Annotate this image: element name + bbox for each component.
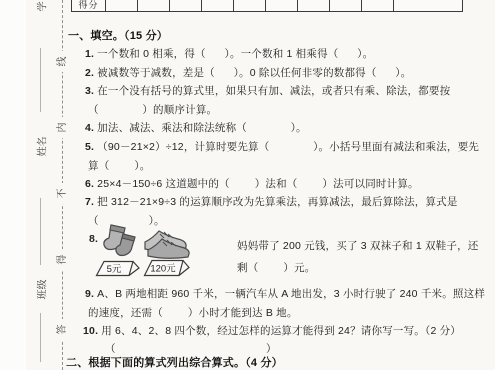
score-cell	[393, 0, 462, 11]
binding-char: 得	[56, 249, 69, 270]
answer-close-paren: ）	[266, 341, 277, 356]
class-fill-line	[40, 313, 41, 362]
paper-left-edge	[0, 0, 26, 370]
score-cell	[169, 0, 201, 11]
question-10-number: 10.	[83, 325, 98, 337]
question-2-text: 被减数等于减数，差是（ ）。0 除以任何非零的数都得（ ）。	[97, 67, 411, 79]
question-8-text-line1: 妈妈带了 200 元钱，买了 3 双袜子和 1 双鞋子，还	[237, 240, 479, 253]
sock-price-tag: 5元	[95, 260, 141, 278]
score-cell	[361, 0, 393, 11]
question-10: 10.用 6、4、2、8 四个数，经过怎样的运算才能得到 24？请你写一写。（2…	[83, 325, 461, 338]
question-5-number: 5.	[85, 141, 94, 153]
question-9-number: 9.	[85, 288, 94, 300]
binding-char: 不	[56, 183, 69, 204]
score-table: 得分	[71, 0, 463, 12]
shoes-icon	[140, 226, 194, 262]
binding-char: 内	[56, 117, 69, 138]
question-9-text-line1: A、B 两地相距 960 千米，一辆汽车从 A 地出发，3 小时行驶了 240 …	[97, 288, 485, 300]
question-5: 5.（90－21×2）÷12，计算时要先算（ ）。小括号里面有减法和乘法，要先	[85, 141, 479, 154]
question-7-text-line1: 把 312－21×9÷3 的运算顺序改为先算乘法，再算减法，最后算除法，算式是	[97, 196, 457, 208]
question-4-number: 4.	[85, 122, 94, 134]
binding-char: 线	[56, 51, 69, 72]
question-7-number: 7.	[85, 196, 94, 208]
question-7: 7.把 312－21×9÷3 的运算顺序改为先算乘法，再算减法，最后算除法，算式…	[85, 196, 458, 209]
shoe-price-text: 120元	[150, 264, 176, 275]
exam-paper-page: 线 内 不 得 答 学 姓名 班级 得分 一、填空。（15 分） 1.一个数和 …	[0, 0, 495, 370]
class-label: 班级	[34, 276, 49, 304]
question-4: 4.加法、减法、乘法和除法统称（ ）。	[85, 122, 307, 135]
question-3-number: 3.	[85, 85, 94, 97]
score-cell	[297, 0, 329, 11]
question-6: 6.25×4－150÷6 这道题中的（ ）法和（ ）法可以同时计算。	[85, 178, 419, 191]
socks-icon	[99, 222, 141, 264]
question-1: 1.一个数和 0 相乘，得（ ）。一个数和 1 相乘得（ ）。	[85, 48, 373, 61]
question-9: 9.A、B 两地相距 960 千米，一辆汽车从 A 地出发，3 小时行驶了 24…	[85, 288, 485, 301]
name-fill-line	[40, 198, 41, 265]
shoe-price-tag: 120元	[143, 259, 191, 278]
question-2-number: 2.	[85, 67, 94, 79]
score-cell	[137, 0, 169, 11]
school-label: 学	[34, 0, 49, 15]
section-2-heading: 二、根据下面的算式列出综合算式。（4 分）	[66, 357, 283, 370]
score-cell	[233, 0, 265, 11]
question-1-number: 1.	[85, 48, 94, 60]
score-cell	[265, 0, 297, 11]
sock-price-text: 5元	[107, 264, 122, 275]
name-label: 姓名	[34, 133, 49, 161]
question-8-text-line2: 剩（ ）元。	[237, 262, 315, 275]
score-label-cell: 得分	[72, 0, 105, 11]
binding-char: 答	[56, 319, 69, 340]
question-4-text: 加法、减法、乘法和除法统称（ ）。	[97, 122, 307, 134]
question-5-text-line2: 算（ ）。	[88, 160, 151, 173]
question-8-number: 8.	[89, 233, 98, 246]
question-1-text: 一个数和 0 相乘，得（ ）。一个数和 1 相乘得（ ）。	[97, 48, 373, 60]
score-cell	[201, 0, 233, 11]
question-6-text: 25×4－150÷6 这道题中的（ ）法和（ ）法可以同时计算。	[97, 178, 419, 190]
question-6-number: 6.	[85, 178, 94, 190]
question-10-text: 用 6、4、2、8 四个数，经过怎样的运算才能得到 24？请你写一写。（2 分）	[101, 325, 461, 337]
score-cell	[105, 0, 137, 11]
question-9-text-line2: 的速度，还需（ ）小时才能到达 B 地。	[88, 307, 298, 320]
school-fill-line	[40, 48, 41, 112]
score-cell	[329, 0, 361, 11]
question-2: 2.被减数等于减数，差是（ ）。0 除以任何非零的数都得（ ）。	[85, 67, 411, 80]
answer-open-paren: （	[105, 341, 116, 356]
question-3-text-line1: 在一个没有括号的算式里，如果只有加、减法，或者只有乘、除法，都要按	[97, 85, 450, 97]
question-3: 3.在一个没有括号的算式里，如果只有加、减法，或者只有乘、除法，都要按	[85, 85, 450, 98]
section-1-heading: 一、填空。（15 分）	[68, 30, 168, 43]
question-5-text-line1: （90－21×2）÷12，计算时要先算（ ）。小括号里面有减法和乘法，要先	[97, 141, 479, 153]
question-3-text-line2: （ ）的顺序计算。	[88, 104, 217, 117]
